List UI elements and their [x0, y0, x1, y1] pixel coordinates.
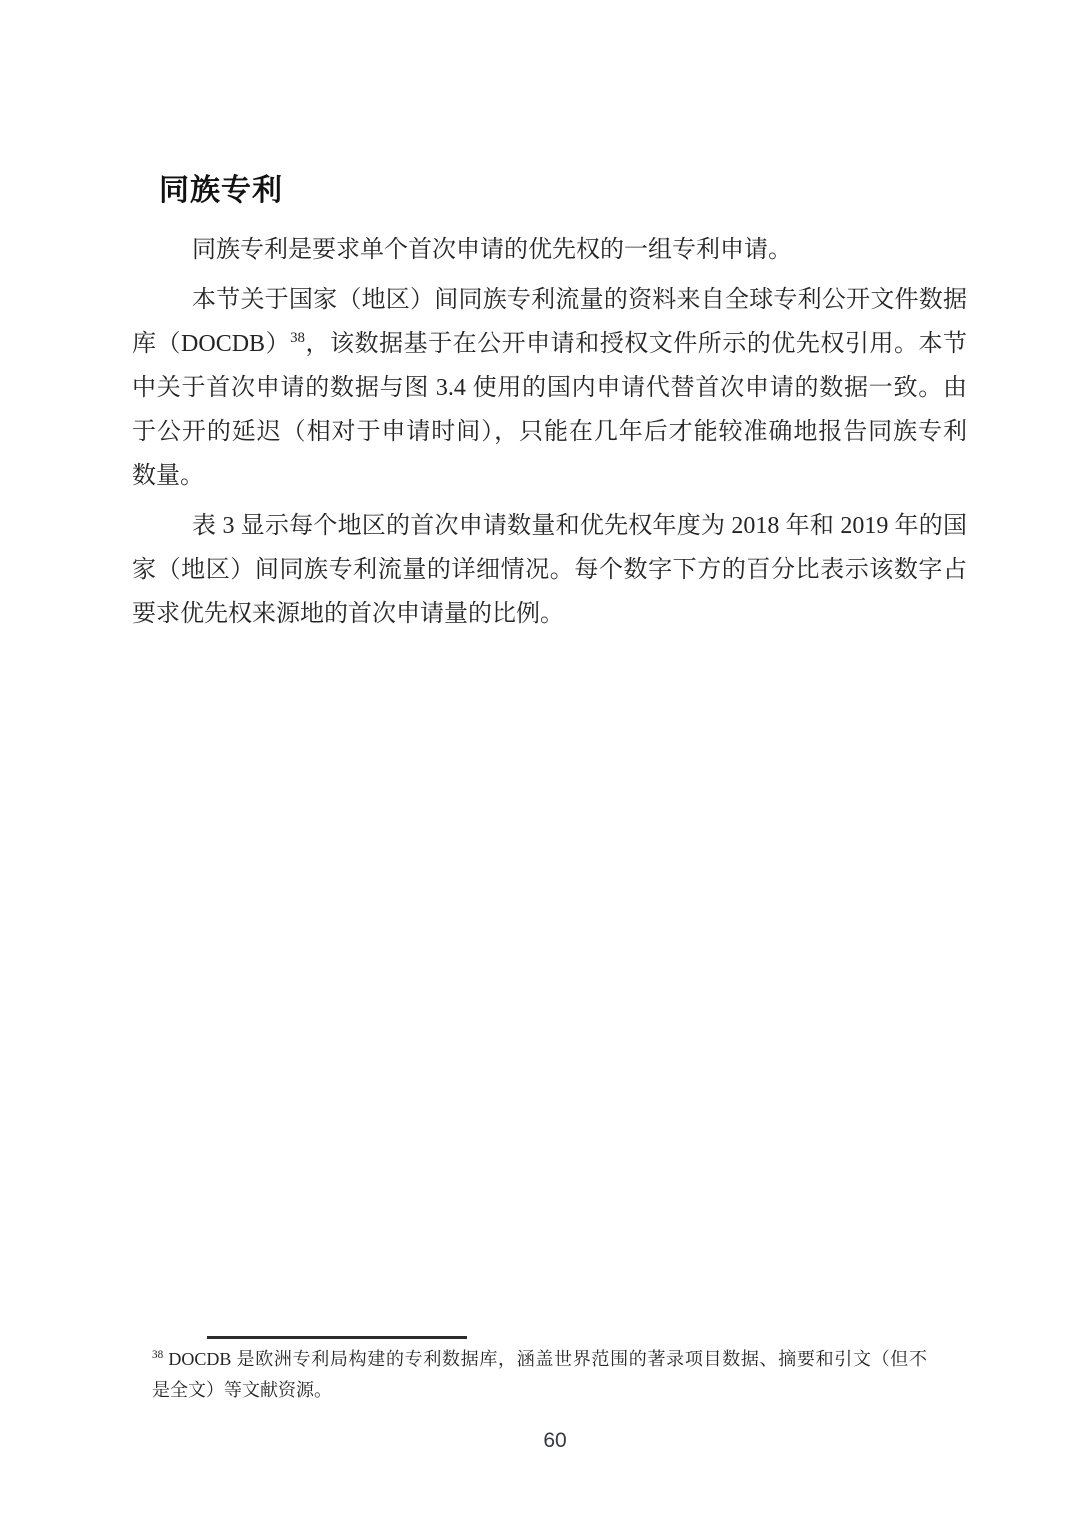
text-line: 同族专利是要求单个首次申请的优先权的一组专利申请。: [132, 228, 967, 272]
text-line: 要求优先权来源地的首次申请量的比例。: [132, 592, 967, 636]
text-line: 表 3 显示每个地区的首次申请数量和优先权年度为 2018 年和 2019 年的…: [132, 504, 967, 548]
text-line: 库（DOCDB）38，该数据基于在公开申请和授权文件所示的优先权引用。本节: [132, 322, 967, 366]
text-line: 数量。: [132, 454, 967, 498]
superscript-footnote-ref: 38: [152, 1349, 163, 1361]
page-number: 60: [0, 1429, 1080, 1453]
paragraph: 同族专利是要求单个首次申请的优先权的一组专利申请。: [132, 228, 967, 272]
footnote-line: 是全文）等文献资源。: [152, 1375, 927, 1406]
superscript-footnote-ref: 38: [290, 330, 305, 346]
footnote-separator: [207, 1336, 467, 1339]
text-line: 家（地区）间同族专利流量的详细情况。每个数字下方的百分比表示该数字占: [132, 548, 967, 592]
page-title: 同族专利: [159, 172, 283, 210]
paragraph: 表 3 显示每个地区的首次申请数量和优先权年度为 2018 年和 2019 年的…: [132, 504, 967, 636]
document-page: 同族专利 同族专利是要求单个首次申请的优先权的一组专利申请。本节关于国家（地区）…: [0, 0, 1080, 1528]
paragraph: 本节关于国家（地区）间同族专利流量的资料来自全球专利公开文件数据库（DOCDB）…: [132, 278, 967, 498]
footnote-line: 38 DOCDB 是欧洲专利局构建的专利数据库，涵盖世界范围的著录项目数据、摘要…: [152, 1344, 927, 1375]
footnote: 38 DOCDB 是欧洲专利局构建的专利数据库，涵盖世界范围的著录项目数据、摘要…: [152, 1344, 927, 1406]
text-line: 中关于首次申请的数据与图 3.4 使用的国内申请代替首次申请的数据一致。由: [132, 366, 967, 410]
text-line: 于公开的延迟（相对于申请时间），只能在几年后才能较准确地报告同族专利: [132, 410, 967, 454]
body-text: 同族专利是要求单个首次申请的优先权的一组专利申请。本节关于国家（地区）间同族专利…: [132, 228, 967, 636]
text-line: 本节关于国家（地区）间同族专利流量的资料来自全球专利公开文件数据: [132, 278, 967, 322]
